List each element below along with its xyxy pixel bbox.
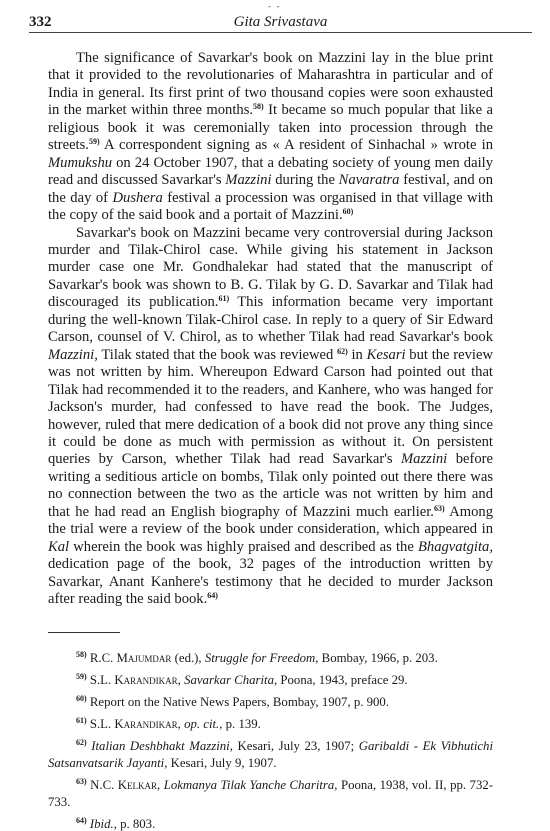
text-run: but the review was not written by him. W…: [48, 347, 493, 468]
italic-text: Bhagvatgita,: [418, 539, 493, 555]
italic-text: Savarkar Charita,: [184, 673, 277, 687]
running-title: Gita Srivastava: [29, 14, 532, 31]
text-run: R.C.: [87, 651, 117, 665]
paragraph-2: Savarkar's book on Mazzini became very c…: [48, 225, 493, 609]
italic-text: Mazzini: [225, 172, 271, 188]
footnote-number: 59): [76, 672, 87, 681]
footnote-number: 58): [76, 650, 87, 659]
footnote-60: 60) Report on the Native News Papers, Bo…: [48, 694, 493, 711]
document-page: - - 332 Gita Srivastava The significance…: [0, 0, 550, 831]
footnote-ref: 62): [337, 347, 348, 356]
text-run: Tilak stated that the book was reviewed: [98, 347, 337, 363]
italic-text: Ibid.,: [90, 817, 117, 831]
text-run: p. 139.: [222, 717, 260, 731]
author-name: Kelkar,: [118, 778, 160, 792]
text-run: Kesari, July 9, 1907.: [167, 756, 276, 770]
author-name: Majumdar: [117, 651, 172, 665]
text-run: dedication page of the book, 32 pages of…: [48, 556, 493, 607]
italic-text: Kesari: [367, 347, 406, 363]
footnote-number: 63): [76, 777, 87, 786]
footnote-ref: 64): [207, 591, 218, 600]
text-run: S.L.: [87, 673, 115, 687]
italic-text: op. cit.,: [184, 717, 222, 731]
footnote-ref: 63): [434, 504, 445, 513]
footnote-ref: 61): [218, 294, 229, 303]
footnote-63: 63) N.C. Kelkar, Lokmanya Tilak Yanche C…: [48, 777, 493, 811]
text-run: wherein the book was highly praised and …: [69, 539, 418, 555]
footnote-ref: 60): [343, 207, 354, 216]
italic-text: Struggle for Freedom,: [205, 651, 319, 665]
footnote-61: 61) S.L. Karandikar, op. cit., p. 139.: [48, 716, 493, 733]
footnote-62: 62) Italian Deshbhakt Mazzini, Kesari, J…: [48, 738, 493, 772]
page-header: 332 Gita Srivastava: [29, 14, 532, 33]
text-run: S.L.: [87, 717, 115, 731]
paragraph-1: The significance of Savarkar's book on M…: [48, 50, 493, 225]
italic-text: Kal: [48, 539, 69, 555]
text-run: in: [348, 347, 367, 363]
italic-text: Mumukshu: [48, 155, 112, 171]
footnote-ref: 58): [253, 102, 264, 111]
text-run: Poona, 1943, preface 29.: [277, 673, 407, 687]
text-run: (ed.),: [171, 651, 204, 665]
text-run: Bombay, 1966, p. 203.: [318, 651, 437, 665]
footnote-number: 60): [76, 694, 87, 703]
footnote-number: 62): [76, 738, 87, 747]
author-name: Karandikar,: [114, 717, 180, 731]
author-name: Karandikar,: [114, 673, 180, 687]
footnote-64: 64) Ibid., p. 803.: [48, 816, 493, 831]
scan-marks: - -: [268, 2, 281, 11]
text-run: p. 803.: [117, 817, 155, 831]
text-run: Kesari, July 23, 1907;: [233, 739, 359, 753]
footnotes: 58) R.C. Majumdar (ed.), Struggle for Fr…: [48, 650, 493, 831]
footnote-divider: [48, 632, 120, 633]
text-run: A correspondent signing as « A resident …: [100, 137, 493, 153]
italic-text: Lokmanya Tilak Yanche Charitra,: [164, 778, 338, 792]
italic-text: Mazzini,: [48, 347, 98, 363]
text-run: during the: [272, 172, 339, 188]
italic-text: Mazzini: [401, 451, 447, 467]
text-run: Report on the Native News Papers, Bombay…: [87, 695, 389, 709]
footnote-number: 61): [76, 716, 87, 725]
body-text: The significance of Savarkar's book on M…: [48, 50, 493, 609]
footnote-59: 59) S.L. Karandikar, Savarkar Charita, P…: [48, 672, 493, 689]
footnote-58: 58) R.C. Majumdar (ed.), Struggle for Fr…: [48, 650, 493, 667]
italic-text: Navaratra: [339, 172, 400, 188]
italic-text: Dushera: [113, 190, 163, 206]
text-run: N.C.: [87, 778, 118, 792]
footnote-number: 64): [76, 816, 87, 825]
italic-text: Italian Deshbhakt Mazzini,: [91, 739, 233, 753]
footnote-ref: 59): [89, 137, 100, 146]
